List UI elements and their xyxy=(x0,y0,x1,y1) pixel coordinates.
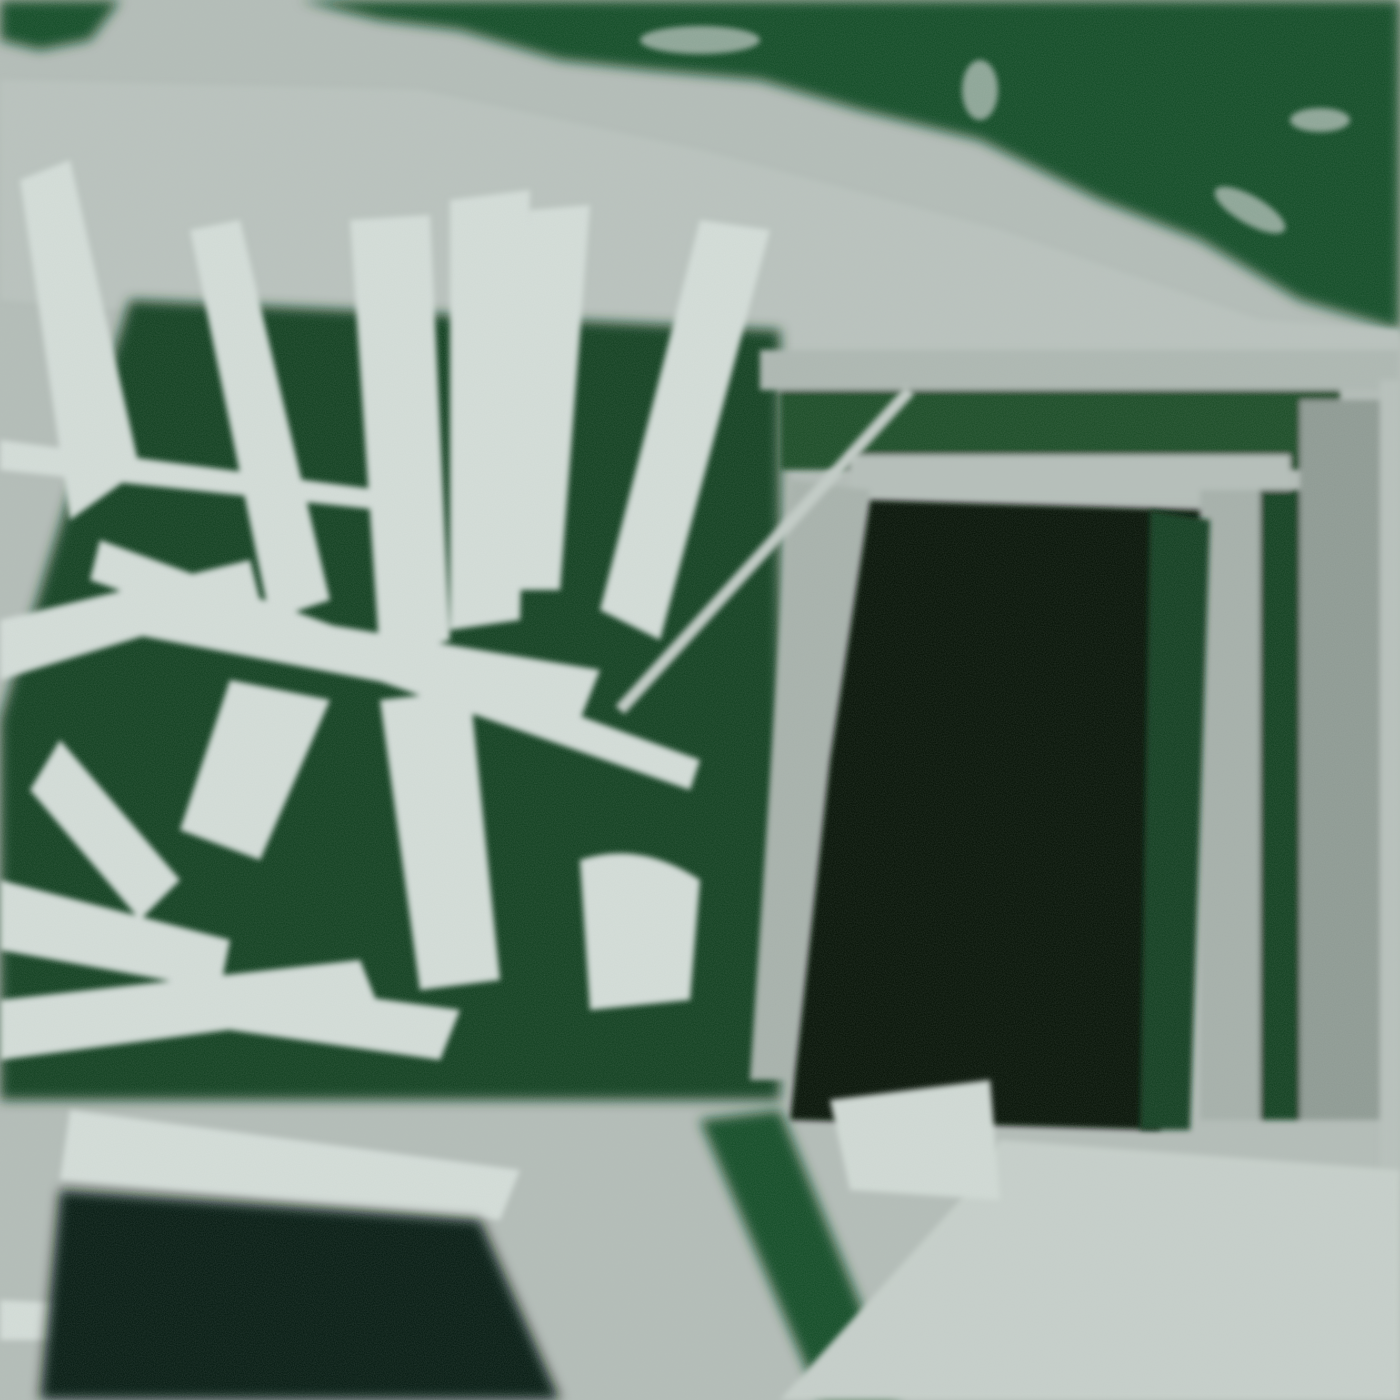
photograph-mine-entrance xyxy=(0,0,1400,1400)
scene-drawing xyxy=(0,0,1400,1400)
